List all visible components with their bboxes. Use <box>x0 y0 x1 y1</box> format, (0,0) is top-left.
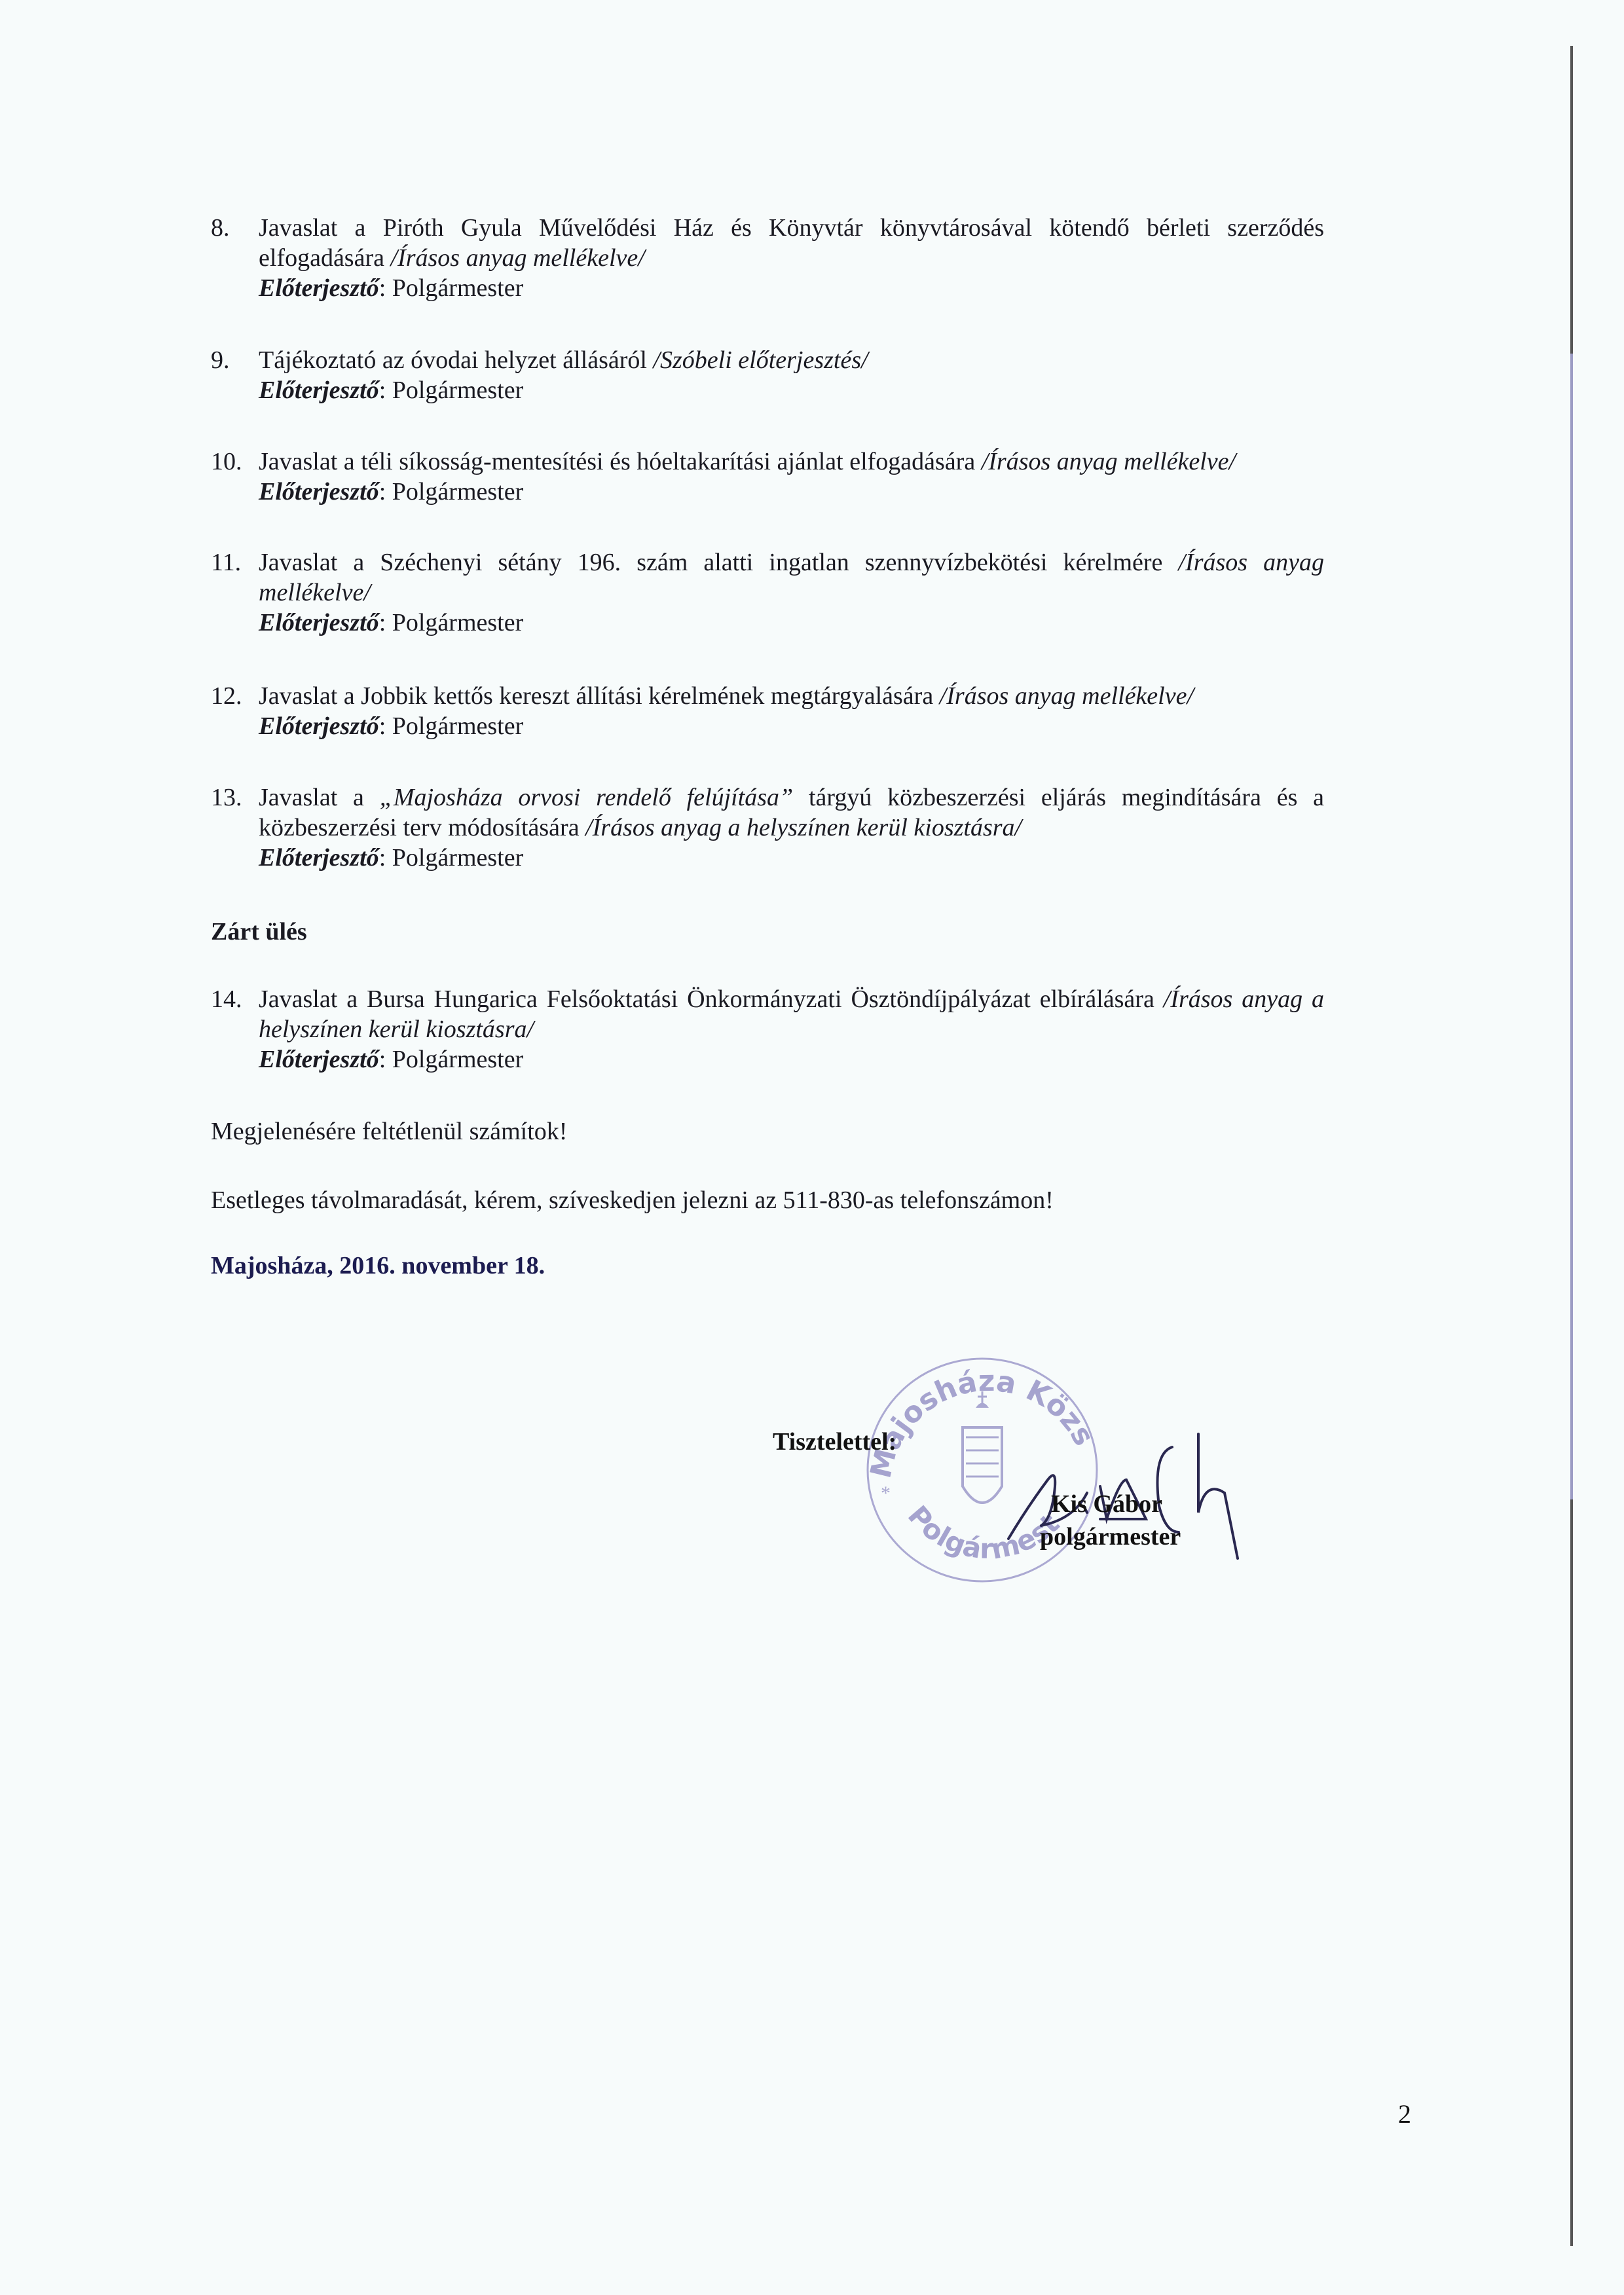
item-text: Javaslat a Bursa Hungarica Felsőoktatási… <box>259 985 1164 1013</box>
closed-session-heading: Zárt ülés <box>211 917 307 947</box>
presenter-label: Előterjesztő <box>259 712 379 740</box>
presenter: : Polgármester <box>379 712 524 740</box>
item-quoted-title: „Majosháza orvosi rendelő felújítása” <box>380 784 793 811</box>
presenter-label: Előterjesztő <box>259 376 379 404</box>
item-number: 11. <box>211 547 241 578</box>
agenda-item-13: 13. Javaslat a „Majosháza orvosi rendelő… <box>211 782 1324 873</box>
item-text: Javaslat a Jobbik kettős kereszt állítás… <box>259 682 940 710</box>
item-note: /Írásos anyag mellékelve/ <box>982 448 1236 475</box>
presenter: : Polgármester <box>379 274 524 302</box>
agenda-item-8: 8. Javaslat a Piróth Gyula Művelődési Há… <box>211 213 1324 303</box>
presenter-label: Előterjesztő <box>259 1046 379 1073</box>
item-text: Tájékoztató az óvodai helyzet állásáról <box>259 346 653 374</box>
presenter-label: Előterjesztő <box>259 274 379 302</box>
presenter: : Polgármester <box>379 376 524 404</box>
presenter: : Polgármester <box>379 1046 524 1073</box>
item-number: 14. <box>211 984 242 1014</box>
agenda-item-12: 12. Javaslat a Jobbik kettős kereszt áll… <box>211 681 1324 741</box>
item-note: /Írásos anyag a helyszínen kerül kiosztá… <box>585 814 1022 841</box>
item-note: /Szóbeli előterjesztés/ <box>653 346 868 374</box>
signer-name: Kis Gábor <box>1051 1490 1162 1518</box>
presenter: : Polgármester <box>379 478 524 505</box>
coat-of-arms-icon <box>963 1391 1002 1503</box>
item-number: 13. <box>211 782 242 813</box>
signer-title: polgármester <box>1040 1522 1181 1551</box>
place-date: Majosháza, 2016. november 18. <box>211 1251 545 1281</box>
item-number: 12. <box>211 681 242 711</box>
regards: Tisztelettel: <box>773 1427 896 1456</box>
page-number: 2 <box>1398 2099 1411 2129</box>
presenter: : Polgármester <box>379 609 524 636</box>
item-number: 8. <box>211 213 230 243</box>
item-number: 9. <box>211 345 230 375</box>
item-note: /Írásos anyag mellékelve/ <box>940 682 1194 710</box>
presenter: : Polgármester <box>379 844 524 872</box>
absence-notice: Esetleges távolmaradását, kérem, szívesk… <box>211 1185 1054 1215</box>
item-text: Javaslat a Széchenyi sétány 196. szám al… <box>259 549 1178 576</box>
item-text: Javaslat a téli síkosság-mentesítési és … <box>259 448 982 475</box>
agenda-item-11: 11. Javaslat a Széchenyi sétány 196. szá… <box>211 547 1324 638</box>
item-number: 10. <box>211 447 242 477</box>
item-text-before: Javaslat a <box>259 784 380 811</box>
page-edge-line-shadow <box>1570 354 1573 1499</box>
agenda-item-9: 9. Tájékoztató az óvodai helyzet állásár… <box>211 345 1324 405</box>
presenter-label: Előterjesztő <box>259 478 379 505</box>
agenda-item-10: 10. Javaslat a téli síkosság-mentesítési… <box>211 447 1324 507</box>
presenter-label: Előterjesztő <box>259 609 379 636</box>
agenda-item-14: 14. Javaslat a Bursa Hungarica Felsőokta… <box>211 984 1324 1074</box>
attendance-request: Megjelenésére feltétlenül számítok! <box>211 1116 567 1147</box>
item-note: /Írásos anyag mellékelve/ <box>391 244 645 272</box>
svg-text:*: * <box>881 1482 891 1504</box>
presenter-label: Előterjesztő <box>259 844 379 872</box>
